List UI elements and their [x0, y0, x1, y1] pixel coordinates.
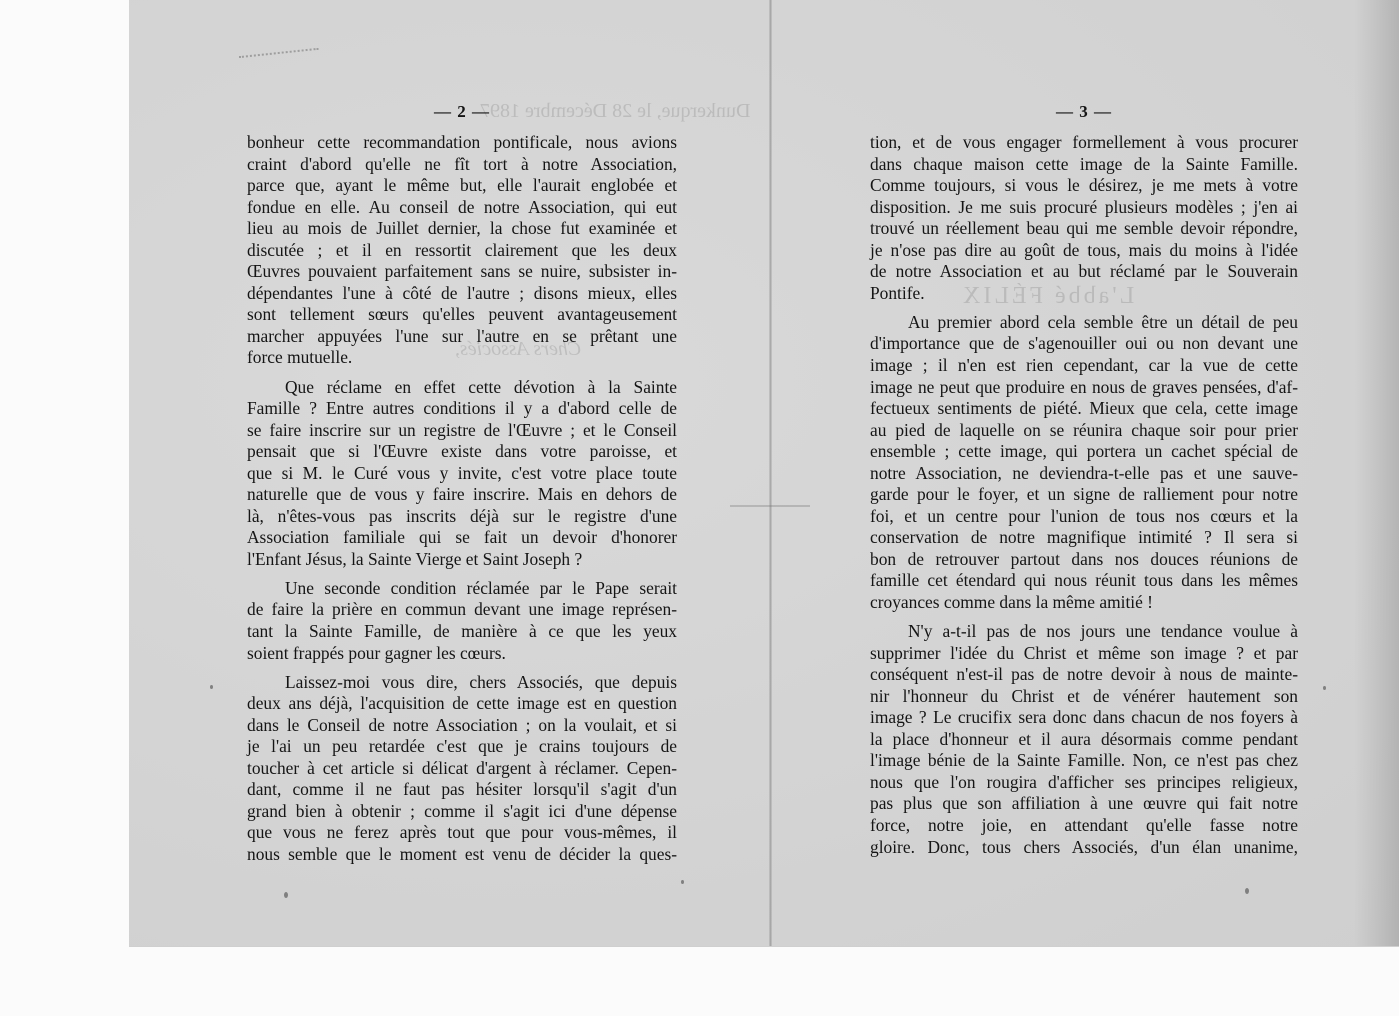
text-line: là, n'êtes-vous pas inscrits déjà sur le… — [247, 506, 677, 528]
text-line: que vous ne ferez après tout que pour vo… — [247, 822, 677, 844]
center-fold-crease — [769, 0, 772, 946]
text-line: pas plus que son affiliation à une œuvre… — [870, 793, 1298, 815]
text-line: nous semble que le moment est venu de dé… — [247, 844, 677, 866]
text-line: nir l'honneur du Christ et de vénérer ha… — [870, 686, 1298, 708]
text-line: image ? Le crucifix sera donc dans chacu… — [870, 707, 1298, 729]
text-line: pensait que si l'Œuvre existe dans votre… — [247, 441, 677, 463]
text-line: parce que, ayant le même but, elle l'aur… — [247, 175, 677, 197]
text-line: lieu au mois de Juillet dernier, la chos… — [247, 218, 677, 240]
text-line: disposition. Je me suis procuré plusieur… — [870, 197, 1298, 219]
text-line: dans le Conseil de notre Association ; o… — [247, 715, 677, 737]
text-line: force mutuelle. — [247, 347, 677, 369]
text-line: conséquent n'est-il pas de notre devoir … — [870, 664, 1298, 686]
text-line: trouvé un réellement beau qui me semble … — [870, 218, 1298, 240]
paragraph-gap — [247, 570, 677, 578]
ink-speck — [1245, 888, 1249, 894]
text-line: soient frappés pour gagner les cœurs. — [247, 643, 677, 665]
paragraph-gap — [870, 304, 1298, 312]
cross-fold-mark — [730, 505, 810, 507]
page-number: — 2 — — [247, 102, 677, 122]
paragraph: Au premier abord cela semble être un dét… — [870, 312, 1298, 614]
text-line: la place d'honneur et il aura désormais … — [870, 729, 1298, 751]
paragraph: bonheur cette recommandation pontificale… — [247, 132, 677, 369]
text-line: toucher à cet article si délicat d'argen… — [247, 758, 677, 780]
text-line: dant, comme il ne faut pas hésiter lorsq… — [247, 779, 677, 801]
text-line: fondue en elle. Au conseil de notre Asso… — [247, 197, 677, 219]
text-line: nous que l'on rougira d'afficher ses pri… — [870, 772, 1298, 794]
text-line: je n'ose pas dire au goût de tous, mais … — [870, 240, 1298, 262]
paragraph-gap — [247, 664, 677, 672]
text-line: famille cet étendard qui nous réunit tou… — [870, 570, 1298, 592]
ink-speck — [1323, 686, 1326, 690]
text-line: dépendantes l'une à côté de l'autre ; di… — [247, 283, 677, 305]
text-line: bonheur cette recommandation pontificale… — [247, 132, 677, 154]
ink-speck — [284, 892, 288, 898]
text-line: l'Enfant Jésus, la Sainte Vierge et Sain… — [247, 549, 677, 571]
text-line: garde pour le foyer, et un signe de rall… — [870, 484, 1298, 506]
text-line: Que réclame en effet cette dévotion à la… — [247, 377, 677, 399]
text-line: image ne peut que produire en nous de gr… — [870, 377, 1298, 399]
text-line: Laissez-moi vous dire, chers Associés, q… — [247, 672, 677, 694]
text-line: Famille ? Entre autres conditions il y a… — [247, 398, 677, 420]
text-line: Pontife. — [870, 283, 1298, 305]
text-line: tion, et de vous engager formellement à … — [870, 132, 1298, 154]
text-line: se faire inscrire sur un registre de l'Œ… — [247, 420, 677, 442]
text-line: ensemble ; cette image, qui portera un c… — [870, 441, 1298, 463]
text-line: d'importance que de s'agenouiller oui ou… — [870, 333, 1298, 355]
text-line: image ; il n'en est rien cependant, car … — [870, 355, 1298, 377]
text-line: dans chaque maison cette image de la Sai… — [870, 154, 1298, 176]
paragraph: tion, et de vous engager formellement à … — [870, 132, 1298, 304]
text-line: craint d'abord qu'elle ne fît tort à not… — [247, 154, 677, 176]
paragraph-gap — [247, 369, 677, 377]
text-line: Au premier abord cela semble être un dét… — [870, 312, 1298, 334]
text-line: grand bien à obtenir ; comme il s'agit i… — [247, 801, 677, 823]
text-line: bon de retrouver partout dans nos douces… — [870, 549, 1298, 571]
paragraph: Laissez-moi vous dire, chers Associés, q… — [247, 672, 677, 866]
text-line: marcher appuyées l'une sur l'autre en se… — [247, 326, 677, 348]
text-line: supprimer l'idée du Christ et même son i… — [870, 643, 1298, 665]
text-line: foi, et un centre pour l'union de tous n… — [870, 506, 1298, 528]
text-line: sont tellement sœurs qu'elles peuvent av… — [247, 304, 677, 326]
paragraph: Que réclame en effet cette dévotion à la… — [247, 377, 677, 571]
text-line: Association familiale qui se fait un dev… — [247, 527, 677, 549]
text-line: Une seconde condition réclamée par le Pa… — [247, 578, 677, 600]
paragraph-gap — [870, 614, 1298, 622]
paragraph: N'y a-t-il pas de nos jours une tendance… — [870, 621, 1298, 858]
text-line: tant la Sainte Famille, de manière à ce … — [247, 621, 677, 643]
text-line: que si M. le Curé vous y invite, c'est v… — [247, 463, 677, 485]
text-line: force, notre joie, en attendant qu'elle … — [870, 815, 1298, 837]
paragraph: Une seconde condition réclamée par le Pa… — [247, 578, 677, 664]
text-line: au pied de laquelle on se réunira chaque… — [870, 420, 1298, 442]
text-line: je l'ai un peu retardée c'est que je cra… — [247, 736, 677, 758]
text-line: Œuvres pouvaient parfaitement sans se nu… — [247, 261, 677, 283]
ink-speck — [210, 685, 213, 689]
text-line: conservation de notre magnifique intimit… — [870, 527, 1298, 549]
text-line: N'y a-t-il pas de nos jours une tendance… — [870, 621, 1298, 643]
text-line: deux ans déjà, l'acquisition de cette im… — [247, 693, 677, 715]
text-line: de faire la prière en commun devant une … — [247, 599, 677, 621]
ink-speck — [681, 880, 684, 884]
text-line: discutée ; et il en ressortit clairement… — [247, 240, 677, 262]
page-body: bonheur cette recommandation pontificale… — [247, 132, 677, 866]
page-number: — 3 — — [870, 102, 1298, 122]
text-line: naturelle que de vous y faire inscrire. … — [247, 484, 677, 506]
text-line: fectueux sentiments de piété. Mieux que … — [870, 398, 1298, 420]
text-line: Comme toujours, si vous le désirez, je m… — [870, 175, 1298, 197]
page-body: tion, et de vous engager formellement à … — [870, 132, 1298, 858]
text-line: croyances comme dans la même amitié ! — [870, 592, 1298, 614]
text-line: l'image bénie de la Sainte Famille. Non,… — [870, 750, 1298, 772]
text-line: de notre Association et au but réclamé p… — [870, 261, 1298, 283]
text-line: notre Association, ne deviendra-t-elle p… — [870, 463, 1298, 485]
text-line: gloire. Donc, tous chers Associés, d'un … — [870, 837, 1298, 859]
